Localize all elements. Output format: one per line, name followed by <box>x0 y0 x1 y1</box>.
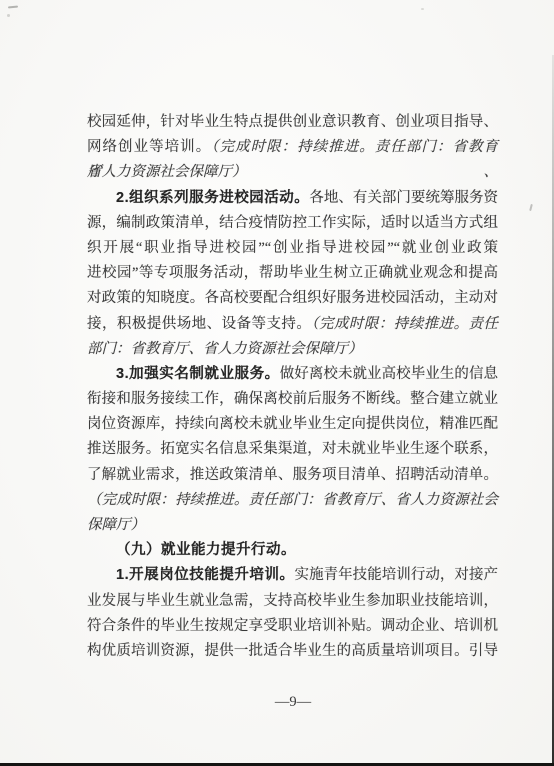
heading-text: 3.加强实名制就业服务。 <box>116 366 280 382</box>
body-text: 源，编制政策清单，结合疫情防控工作实际，适时以适当方式组 <box>87 215 498 231</box>
deadline-note-text: （完成时限：持续推进。责任 <box>311 316 498 332</box>
text-line: 接，积极提供场地、设备等支持。（完成时限：持续推进。责任 <box>87 312 498 337</box>
text-line: 进校园”等专项服务活动，帮助毕业生树立正确就业观念和提高 <box>87 261 498 286</box>
body-text: 业发展与毕业生就业急需，支持高校毕业生参加职业技能培训， <box>87 593 498 609</box>
body-text: 校园延伸，针对毕业生特点提供创业意识教育、创业项目指导、 <box>87 114 498 130</box>
text-line: 岗位资源库，持续向离校未就业毕业生定向提供岗位，精准匹配 <box>87 412 498 437</box>
text-line: 推送服务。拓宽实名信息采集渠道，对未就业毕业生逐个联系， <box>87 437 498 462</box>
body-text: 衔接和服务接续工作，确保离校前后服务不断线。整合建立就业 <box>87 391 498 407</box>
body-text: 推送服务。拓宽实名信息采集渠道，对未就业毕业生逐个联系， <box>87 441 498 457</box>
deadline-note-text: （完成时限：持续推进。责任部门：省教育厅、省人力资源社会 <box>87 492 498 508</box>
text-line: 源，编制政策清单，结合疫情防控工作实际，适时以适当方式组 <box>87 211 498 236</box>
text-line: 3.加强实名制就业服务。做好离校未就业高校毕业生的信息 <box>87 362 498 387</box>
heading-text: 1.开展岗位技能提升培训。 <box>116 567 295 583</box>
body-text: 各地、有关部门要统筹服务资 <box>309 190 498 206</box>
body-text: 符合条件的毕业生按规定享受职业培训补贴。调动企业、培训机 <box>87 618 498 634</box>
text-line: 了解就业需求，推送政策清单、服务项目清单、招聘活动清单。 <box>87 463 498 488</box>
scan-artifact-dash-icon <box>8 5 18 8</box>
body-text: 网络创业等培训。 <box>87 139 211 155</box>
body-text: 构优质培训资源，提供一批适合毕业生的高质量培训项目。引导 <box>87 643 498 659</box>
body-text: 织开展“职业指导进校园”“创业指导进校园”“就业创业政策 <box>87 240 498 256</box>
scan-artifact-faint-dot-icon <box>421 8 424 10</box>
text-line: （九）就业能力提升行动。 <box>87 538 498 563</box>
body-text: 进校园”等专项服务活动，帮助毕业生树立正确就业观念和提高 <box>87 265 498 281</box>
text-line: 网络创业等培训。（完成时限：持续推进。责任部门：省教育厅、 <box>87 135 498 160</box>
text-line: 衔接和服务接续工作，确保离校前后服务不断线。整合建立就业 <box>87 387 498 412</box>
deadline-note-text: 保障厅） <box>87 517 145 533</box>
heading-text: 2.组织系列服务进校园活动。 <box>116 190 309 206</box>
text-line: 1.开展岗位技能提升培训。实施青年技能培训行动，对接产 <box>87 563 498 588</box>
scan-artifact-dot-icon <box>7 14 10 17</box>
body-text: 做好离校未就业高校毕业生的信息 <box>280 366 498 382</box>
body-text: 岗位资源库，持续向离校未就业毕业生定向提供岗位，精准匹配 <box>87 416 498 432</box>
text-line: 校园延伸，针对毕业生特点提供创业意识教育、创业项目指导、 <box>87 110 498 135</box>
text-line: 业发展与毕业生就业急需，支持高校毕业生参加职业技能培训， <box>87 589 498 614</box>
text-block: 校园延伸，针对毕业生特点提供创业意识教育、创业项目指导、网络创业等培训。（完成时… <box>87 110 498 664</box>
scan-artifact-tick-icon <box>529 204 533 211</box>
text-line: 符合条件的毕业生按规定享受职业培训补贴。调动企业、培训机 <box>87 614 498 639</box>
body-text: 接，积极提供场地、设备等支持。 <box>87 316 311 332</box>
body-text: 对政策的知晓度。各高校要配合组织好服务进校园活动，主动对 <box>87 290 498 306</box>
text-line: 2.组织系列服务进校园活动。各地、有关部门要统筹服务资 <box>87 186 498 211</box>
page-number-label: —9— <box>275 694 311 711</box>
text-line: 保障厅） <box>87 513 498 538</box>
text-line: （完成时限：持续推进。责任部门：省教育厅、省人力资源社会 <box>87 488 498 513</box>
heading-text: （九）就业能力提升行动。 <box>116 542 296 558</box>
text-line: 部门：省教育厅、省人力资源社会保障厅） <box>87 337 498 362</box>
text-line: 构优质培训资源，提供一批适合毕业生的高质量培训项目。引导 <box>87 639 498 664</box>
body-text: 实施青年技能培训行动，对接产 <box>295 567 498 583</box>
deadline-note-text: 部门：省教育厅、省人力资源社会保障厅） <box>87 341 363 357</box>
deadline-note-text: 省人力资源社会保障厅） <box>87 164 247 180</box>
text-line: 对政策的知晓度。各高校要配合组织好服务进校园活动，主动对 <box>87 286 498 311</box>
text-line: 织开展“职业指导进校园”“创业指导进校园”“就业创业政策 <box>87 236 498 261</box>
page-number: —9— <box>0 694 554 711</box>
body-text: 了解就业需求，推送政策清单、服务项目清单、招聘活动清单。 <box>87 467 498 483</box>
